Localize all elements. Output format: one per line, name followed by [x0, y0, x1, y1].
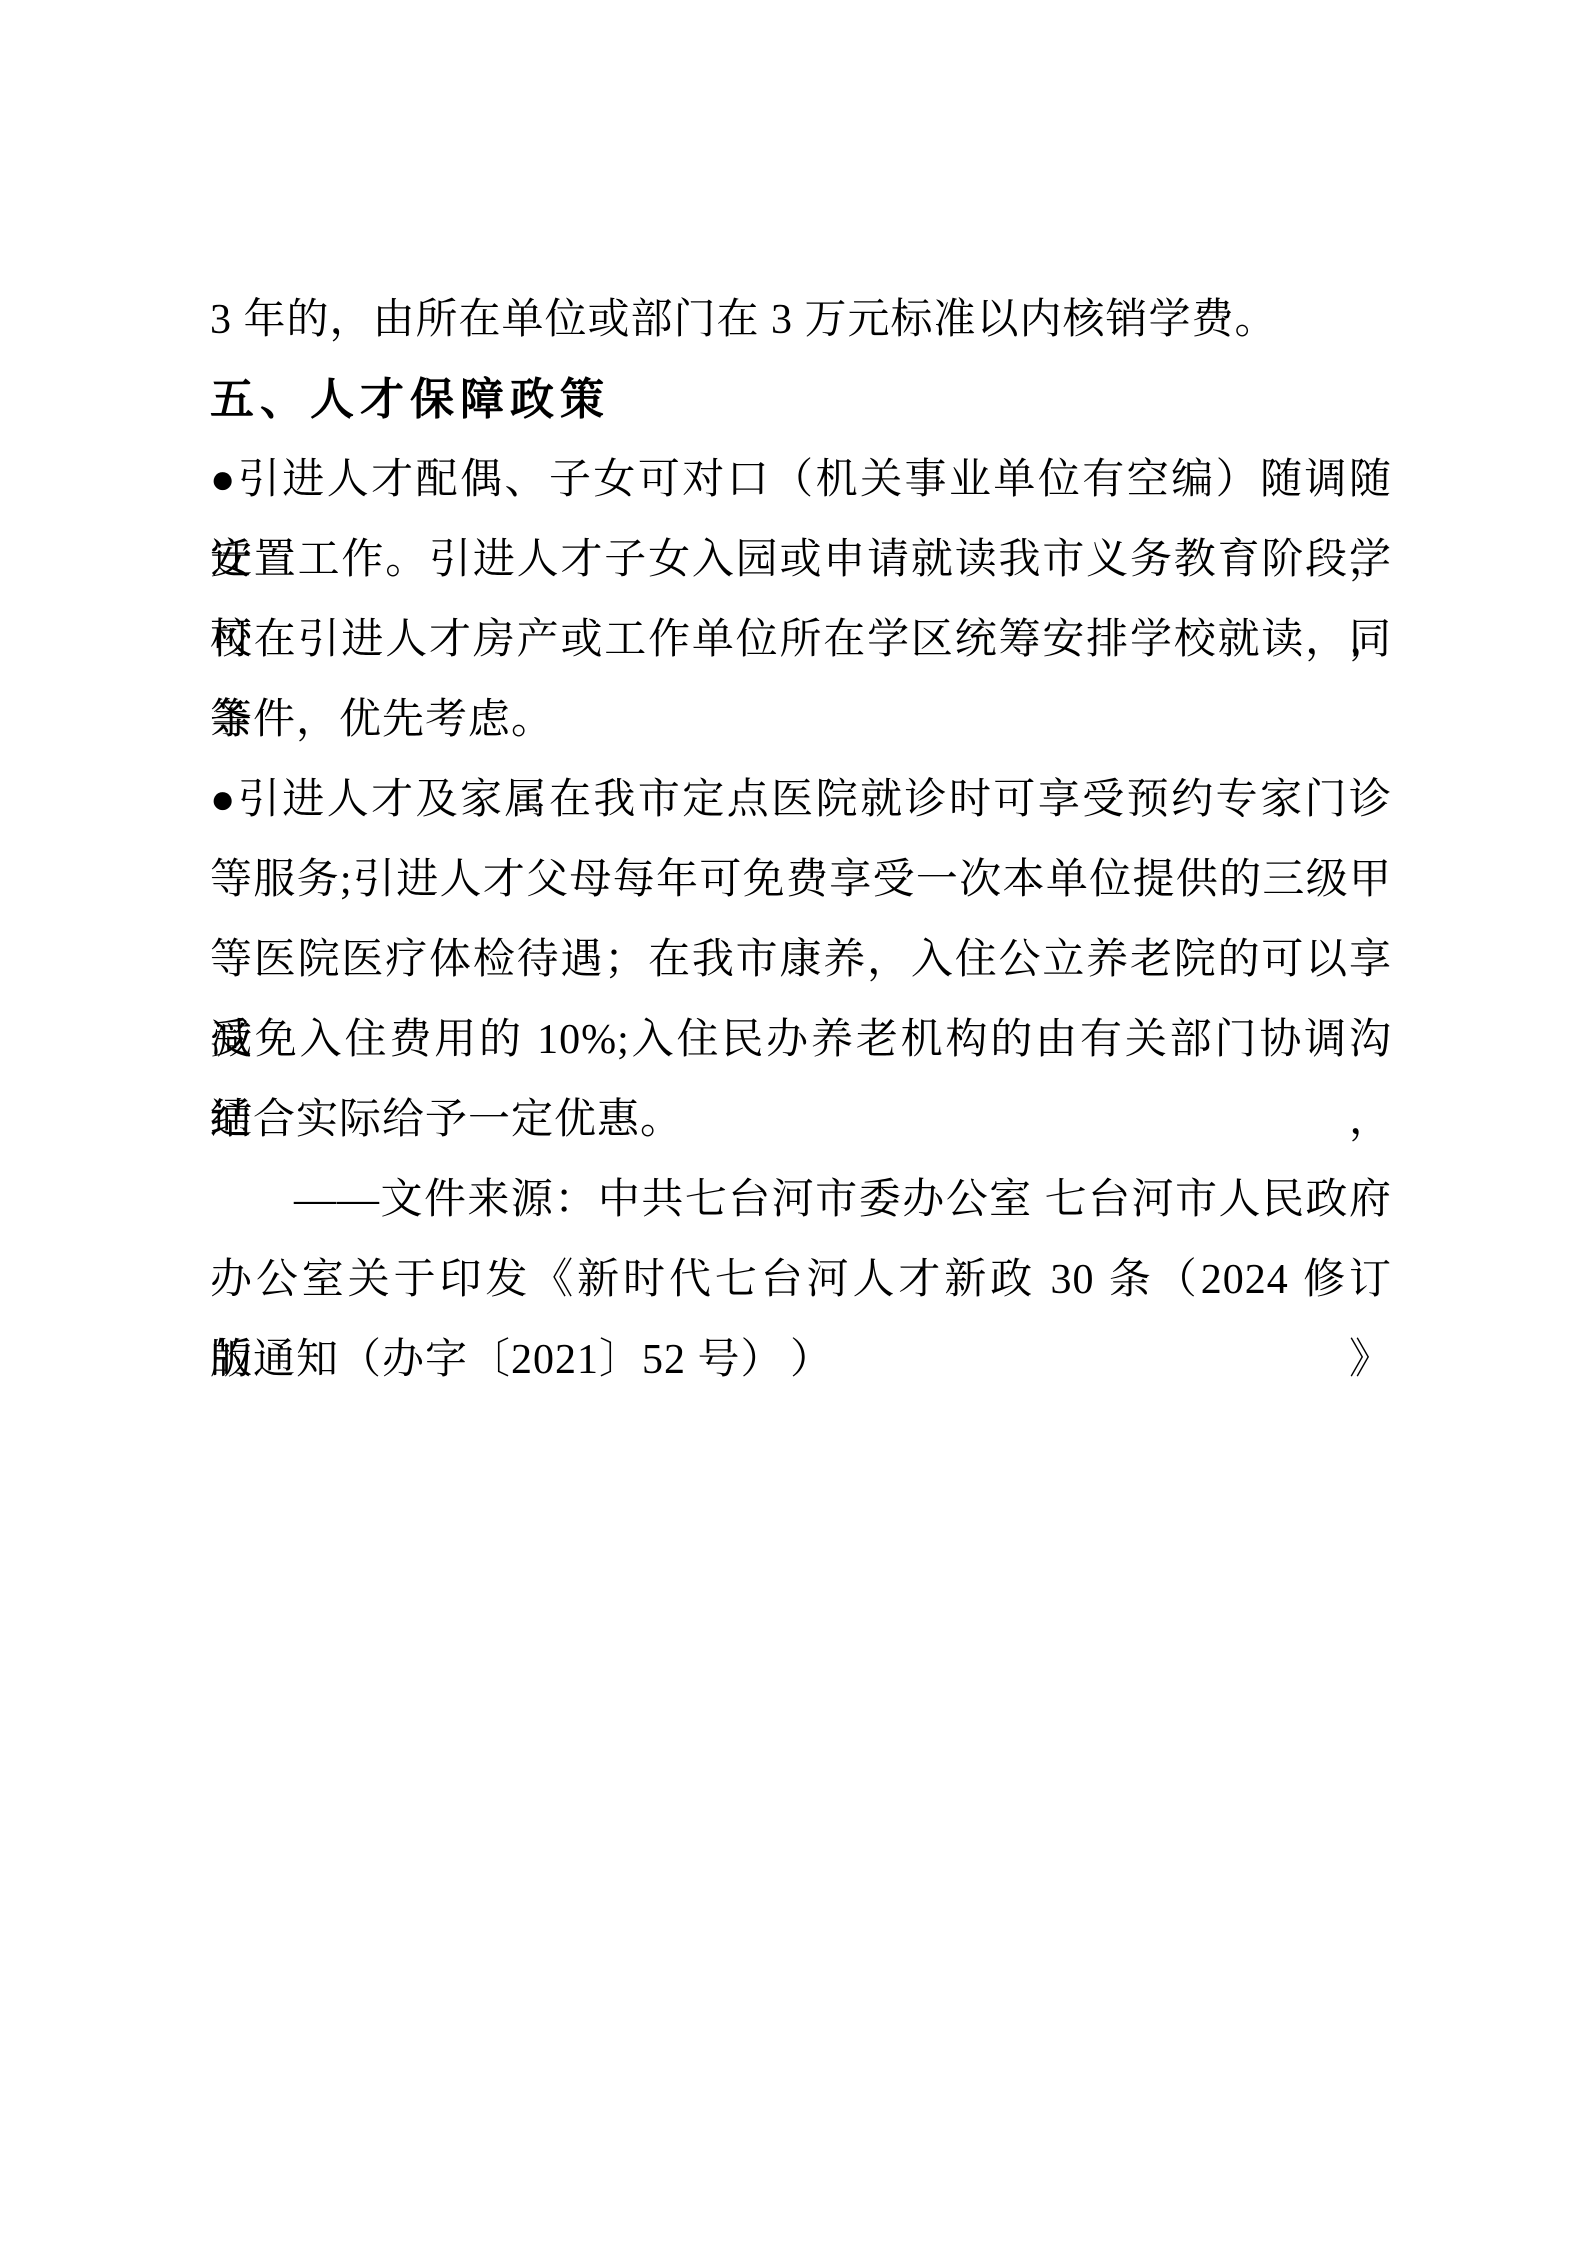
section-heading: 五、人才保障政策: [210, 360, 1392, 440]
bullet-text-line: ●引进人才配偶、子女可对口（机关事业单位有空编）随调随迁，: [210, 440, 1392, 520]
text-line: 3 年的，由所在单位或部门在 3 万元标准以内核销学费。: [210, 280, 1392, 360]
text-line: 条件，优先考虑。: [210, 680, 1392, 760]
text-line: 减免入住费用的 10%;入住民办养老机构的由有关部门协调沟通，: [210, 1000, 1392, 1080]
text-line: 可在引进人才房产或工作单位所在学区统筹安排学校就读，同等: [210, 600, 1392, 680]
bullet-text-line: ●引进人才及家属在我市定点医院就诊时可享受预约专家门诊: [210, 760, 1392, 840]
document-page: 3 年的，由所在单位或部门在 3 万元标准以内核销学费。 五、人才保障政策 ●引…: [0, 0, 1588, 2245]
text-line: 等医院医疗体检待遇；在我市康养，入住公立养老院的可以享受: [210, 920, 1392, 1000]
text-line: 等服务;引进人才父母每年可免费享受一次本单位提供的三级甲: [210, 840, 1392, 920]
text-line: 安置工作。引进人才子女入园或申请就读我市义务教育阶段学校，: [210, 520, 1392, 600]
source-line: 办公室关于印发《新时代七台河人才新政 30 条（2024 修订版）》: [210, 1240, 1392, 1320]
text-block: 3 年的，由所在单位或部门在 3 万元标准以内核销学费。 五、人才保障政策 ●引…: [210, 280, 1392, 1400]
source-line: ——文件来源：中共七台河市委办公室 七台河市人民政府: [210, 1160, 1392, 1240]
